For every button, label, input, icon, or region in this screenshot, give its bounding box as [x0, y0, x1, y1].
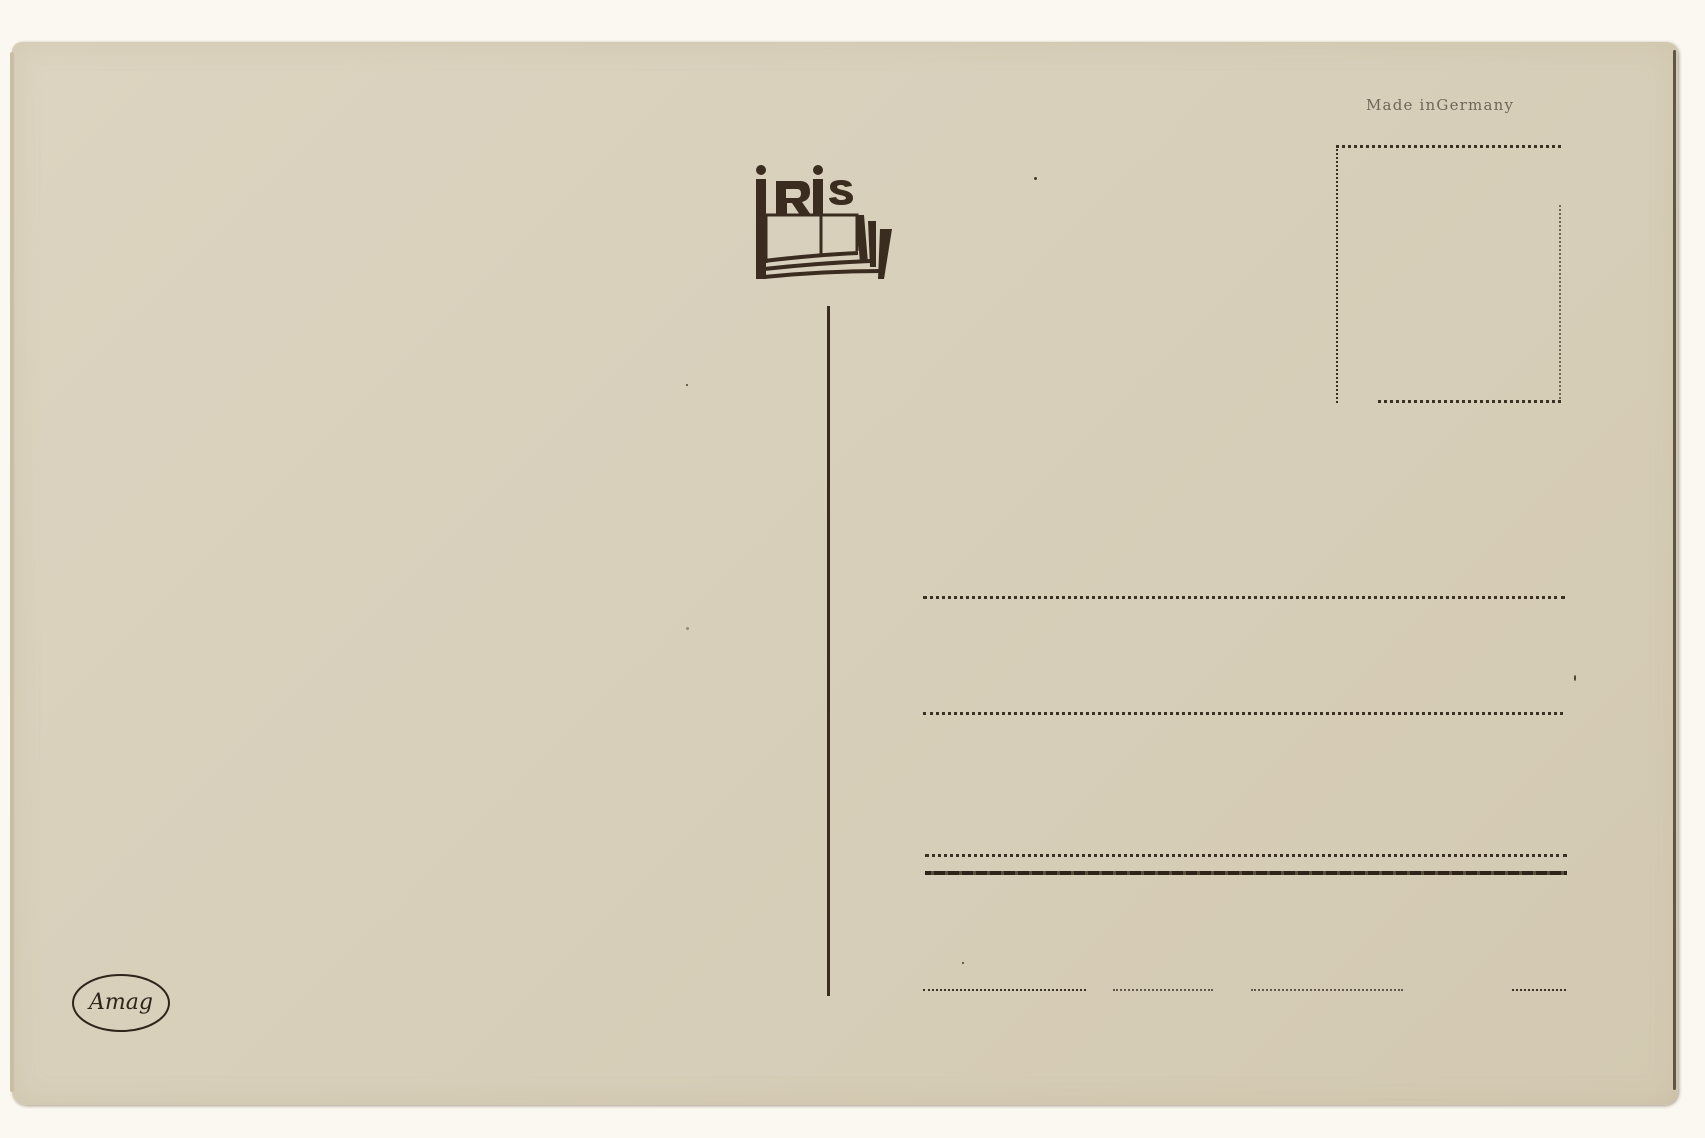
message-address-divider: [827, 306, 830, 996]
stamp-box-right-edge: [1559, 205, 1561, 403]
address-line-3[interactable]: [925, 854, 1567, 857]
scan-speck: [1574, 675, 1576, 681]
address-line-1[interactable]: [923, 596, 1565, 599]
address-line-4-segment-3[interactable]: [1251, 989, 1403, 991]
oval-stamp-icon: Amag: [70, 972, 172, 1034]
address-line-2[interactable]: [923, 712, 1563, 715]
amag-text: Amag: [87, 990, 153, 1015]
message-area[interactable]: [40, 120, 800, 960]
scan-speck: [1034, 177, 1037, 180]
scan-speck: [686, 627, 689, 630]
address-line-4-segment-4[interactable]: [1512, 989, 1566, 991]
card-edge: [10, 52, 14, 1092]
address-line-4-segment-1[interactable]: [923, 989, 1086, 991]
scan-speck: [686, 384, 688, 386]
address-underline-solid: [925, 871, 1567, 875]
made-in-germany-label: Made inGermany: [1366, 96, 1514, 114]
stamp-box: [1336, 145, 1561, 403]
address-line-4-segment-2[interactable]: [1113, 989, 1213, 991]
amag-printer-mark: Amag: [70, 972, 172, 1034]
scan-speck: [962, 962, 964, 964]
stamp-box-bottom-edge: [1378, 400, 1561, 403]
stamp-box-top-edge: [1336, 145, 1561, 148]
stamp-box-left-edge: [1336, 145, 1338, 403]
card-edge-shadow: [1673, 50, 1676, 1090]
